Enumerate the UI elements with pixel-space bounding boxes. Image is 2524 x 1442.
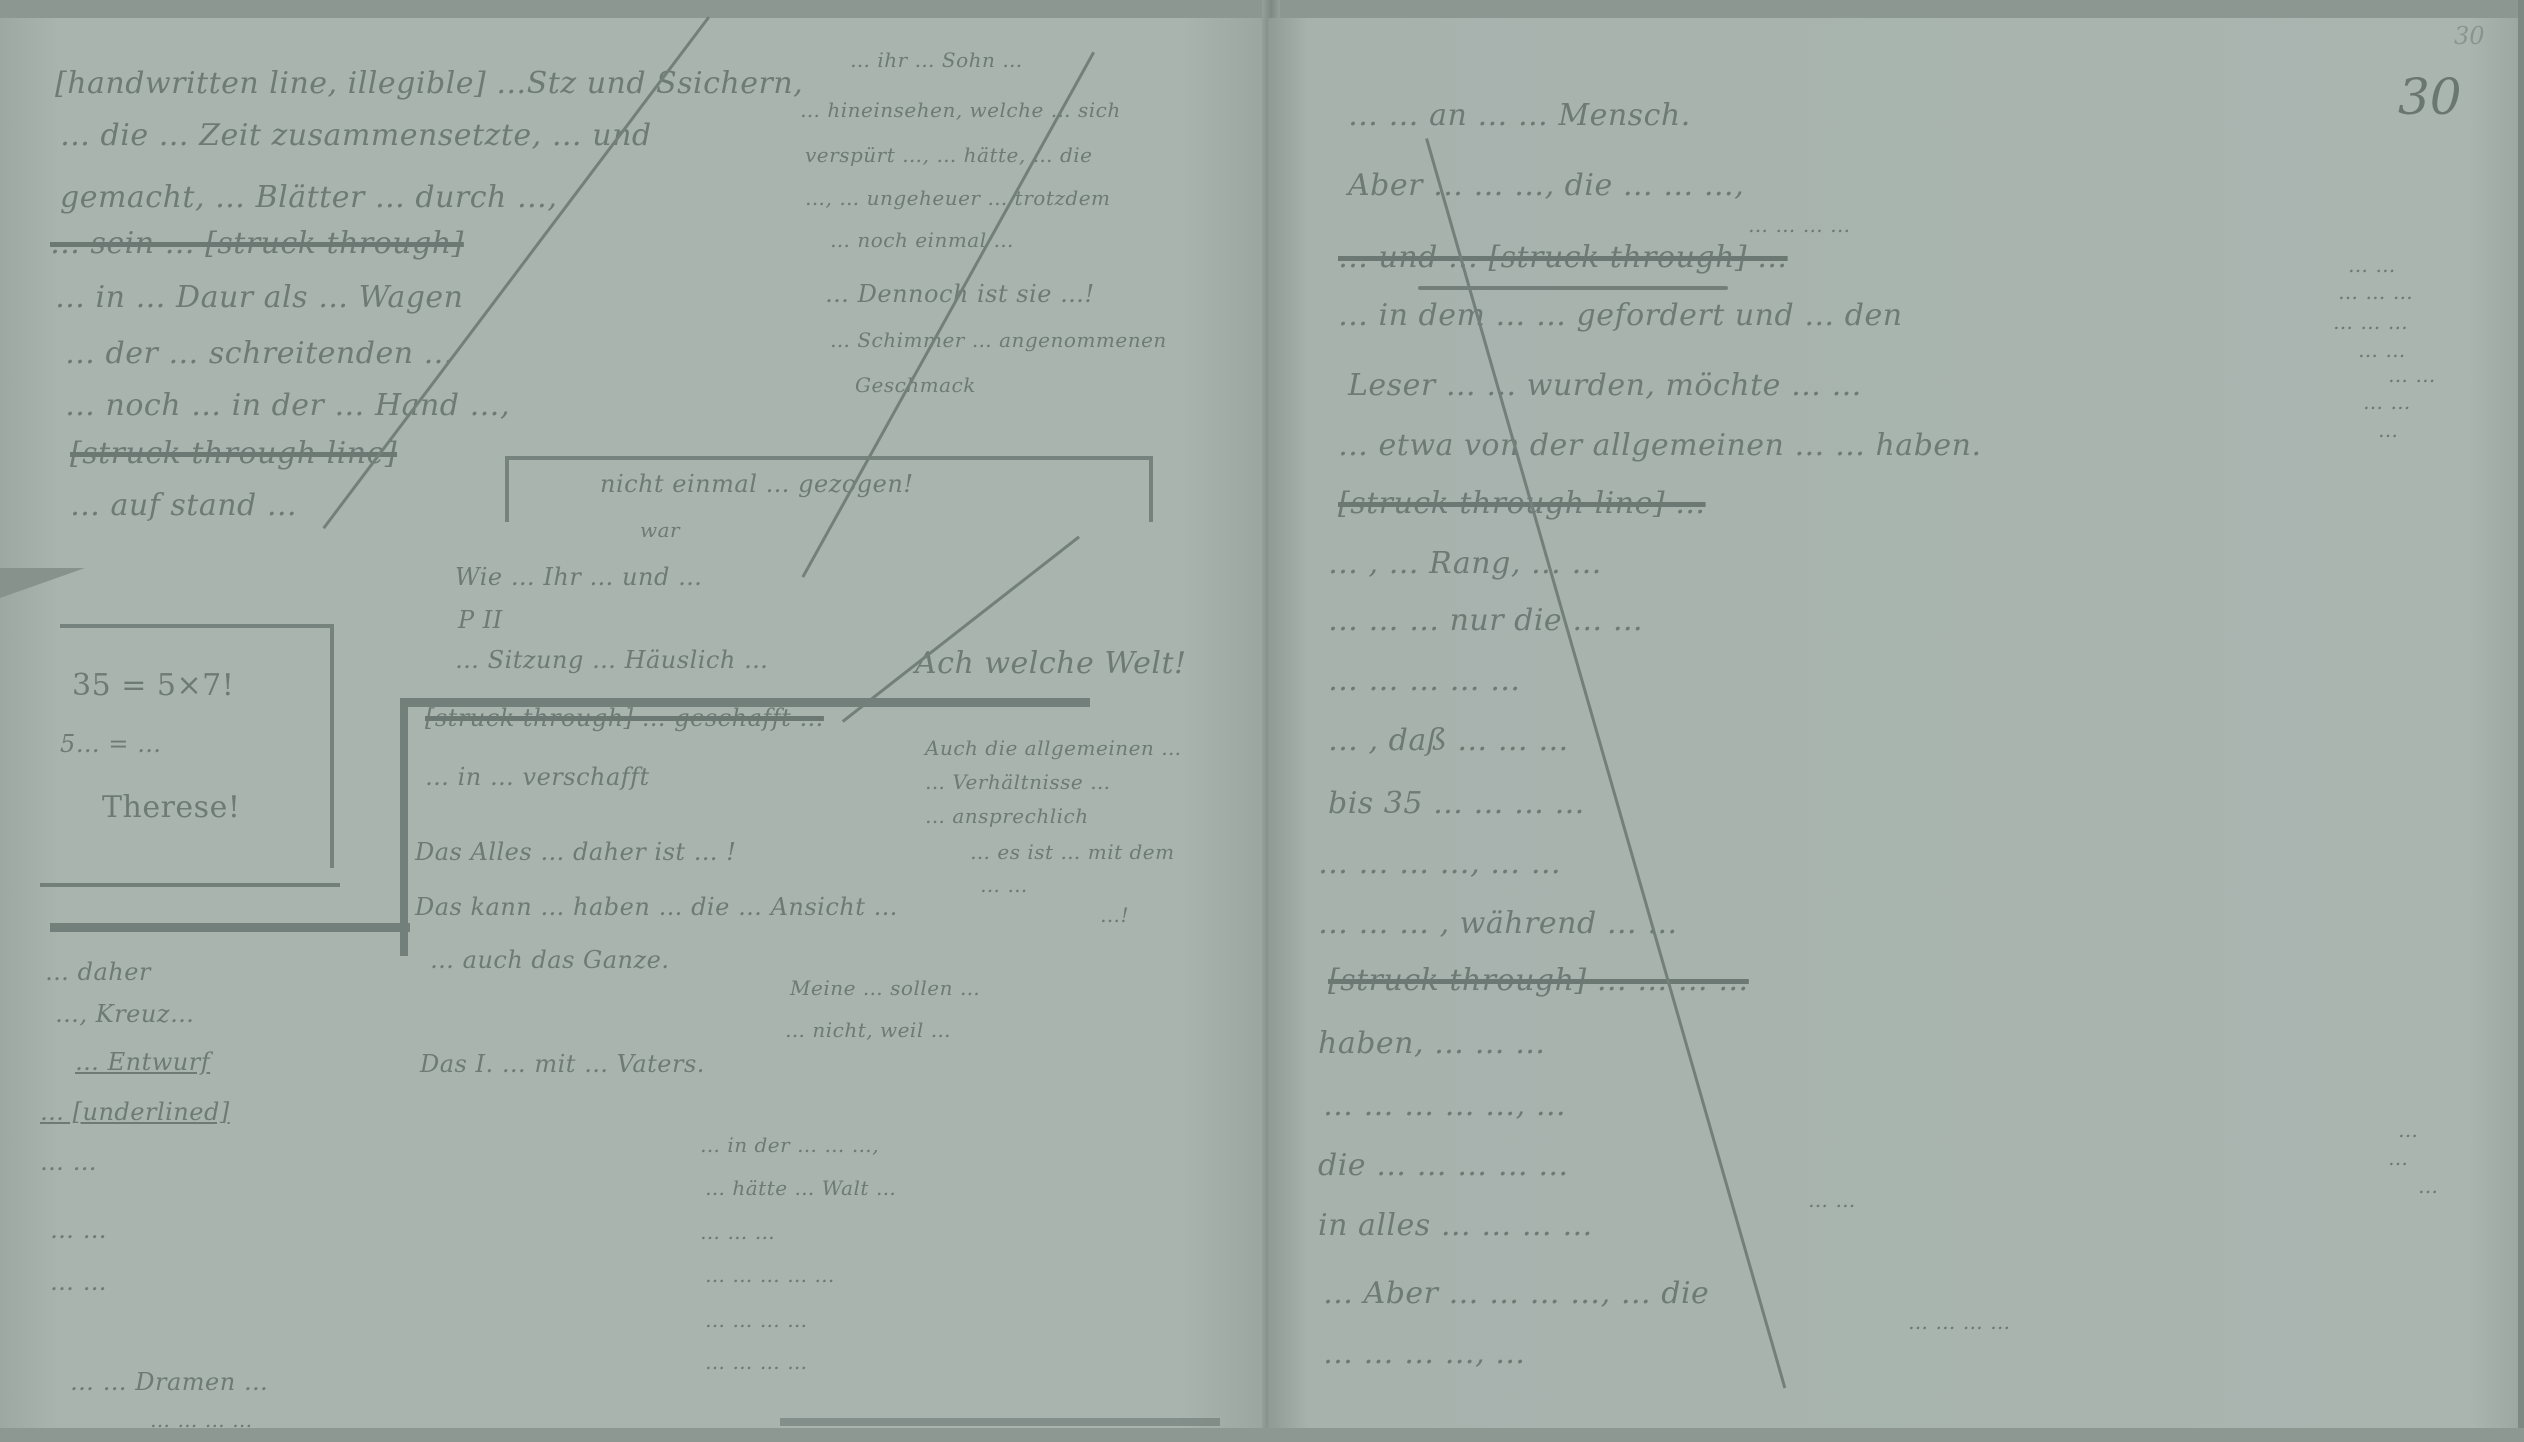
margin-note-1: … … <box>2348 253 2396 277</box>
page-number-faint: 30 <box>2454 22 2485 50</box>
right-line-12: bis 35 … … … … <box>1328 786 1585 821</box>
cross-note: Ach welche Welt! <box>915 646 1187 681</box>
bottom-block-6: … … … … <box>705 1350 808 1374</box>
right-line-4: … in dem … … gefordert und … den <box>1338 298 1903 333</box>
margin-note-7: … <box>2378 418 2399 442</box>
right-line-14: … … … , während … … <box>1318 906 1678 941</box>
middle-line-5: … in … verschafft <box>425 763 650 791</box>
right-line-16: haben, … … … <box>1318 1026 1546 1061</box>
right-line-10: … … … … … <box>1328 663 1521 698</box>
boxed-note-sub: war <box>640 518 680 542</box>
right-line-5: Leser … … wurden, möchte … … <box>1348 368 1862 403</box>
margin-box-line-3: Therese! <box>102 790 240 825</box>
insert-line-7: … Schimmer … angenommenen <box>830 328 1167 352</box>
right-line-9: … … … nur die … … <box>1328 603 1643 638</box>
right-line-7: [struck-through line] … <box>1338 486 1706 521</box>
bracket-stroke <box>1418 286 1728 290</box>
interlinear-note-3: … … … … <box>1908 1310 2011 1334</box>
middle-line-4: [struck through] … geschafft … <box>425 704 824 732</box>
page-number: 30 <box>2398 68 2462 126</box>
insert-line-1: … ihr … Sohn … <box>850 48 1023 72</box>
right-line-8: … , … Rang, … … <box>1328 546 1602 581</box>
margin-line-5: … … <box>40 1148 97 1176</box>
heavy-rule <box>400 698 1090 707</box>
right-line-11: … , daß … … … <box>1328 723 1569 758</box>
bottom-block-2: … hätte … Walt … <box>705 1176 896 1200</box>
left-line-4: … sein … [struck through] <box>50 226 464 261</box>
corner-fold <box>0 568 85 598</box>
margin-note-lower-3: … <box>2418 1174 2439 1198</box>
diagonal-stroke-3 <box>842 536 1080 723</box>
right-line-21: … … … …, … <box>1323 1336 1526 1371</box>
lower-line: Das I. … mit … Vaters. <box>420 1050 705 1078</box>
right-edge-shadow <box>2518 0 2524 1442</box>
margin-line-1: … daher <box>45 958 151 986</box>
margin-box-line-1: 35 = 5×7! <box>72 668 234 703</box>
left-line-8: [struck-through line] <box>70 436 397 471</box>
middle-line-6: Das Alles … daher ist … ! <box>415 838 736 866</box>
boxed-note: nicht einmal … gezogen! <box>600 470 913 498</box>
margin-rule-2 <box>50 923 410 932</box>
margin-line-7: … … <box>50 1268 107 1296</box>
right-line-15: [struck through] … … … … <box>1328 963 1749 998</box>
margin-note-2: … … … <box>2338 280 2413 304</box>
bottom-block-3: … … … <box>700 1220 775 1244</box>
margin-note-6: … … <box>2363 390 2411 414</box>
margin-line-8: … … Dramen … <box>70 1368 268 1396</box>
bottom-block-4: … … … … … <box>705 1263 835 1287</box>
insert-line-2: … hineinsehen, welche … sich <box>800 98 1121 122</box>
right-page: 30 30 … … an … … Mensch. Aber … … …, die… <box>1268 18 2524 1442</box>
bottom-rule <box>780 1418 1220 1426</box>
margin-note-lower-1: … <box>2398 1118 2419 1142</box>
margin-note-4: … … <box>2358 338 2406 362</box>
right-line-18: die … … … … … <box>1318 1148 1569 1183</box>
bottom-shadow-band <box>0 1428 2524 1442</box>
right-line-13: … … … …, … … <box>1318 846 1561 881</box>
brace-note-6: …! <box>1100 903 1129 927</box>
margin-line-3: … Entwurf <box>75 1048 210 1076</box>
margin-note-lower-2: … <box>2388 1146 2409 1170</box>
left-line-2: … die … Zeit zusammensetzte, … und <box>60 118 652 153</box>
left-line-3: gemacht, … Blätter … durch …, <box>60 180 557 215</box>
right-line-1: … … an … … Mensch. <box>1348 98 1691 133</box>
margin-rule-1 <box>40 883 340 887</box>
margin-note-3: … … … <box>2333 310 2408 334</box>
left-line-1: [handwritten line, illegible] …Stz und S… <box>55 66 803 101</box>
vertical-bracket <box>400 698 408 956</box>
margin-line-6: … … <box>50 1216 107 1244</box>
middle-line-8: … auch das Ganze. <box>430 946 669 974</box>
margin-line-4: … [underlined] <box>40 1098 230 1126</box>
brace-note-2: … Verhältnisse … <box>925 770 1111 794</box>
brace-note-4: … es ist … mit dem <box>970 840 1175 864</box>
right-line-20: … Aber … … … …, … die <box>1323 1276 1709 1311</box>
right-line-19: in alles … … … … <box>1318 1208 1593 1243</box>
brace-note-3: … ansprechlich <box>925 804 1089 828</box>
margin-line-2: …, Kreuz… <box>55 1000 194 1028</box>
margin-box-line-2: 5… = … <box>60 730 162 758</box>
interlinear-note-2: … … <box>1808 1188 1856 1212</box>
lower-note-2: … nicht, weil … <box>785 1018 951 1042</box>
bottom-block-1: … in der … … …, <box>700 1133 879 1157</box>
section-mark-p2: P II <box>458 606 503 634</box>
left-page: [handwritten line, illegible] …Stz und S… <box>0 18 1268 1442</box>
brace-note-5: … … <box>980 873 1028 897</box>
insert-line-4: …, … ungeheuer … trotzdem <box>805 186 1111 210</box>
middle-line-3: … Sitzung … Häuslich … <box>455 646 768 674</box>
left-line-9: … auf stand … <box>70 488 297 523</box>
insert-line-3: verspürt …, … hätte, … die <box>805 143 1093 167</box>
right-line-2: Aber … … …, die … … …, <box>1348 168 1744 203</box>
right-line-3: … und … [struck through] … <box>1338 240 1788 275</box>
middle-line-7: Das kann … haben … die … Ansicht … <box>415 893 898 921</box>
left-line-5: … in … Daur als … Wagen <box>55 280 464 315</box>
left-line-7: … noch … in der … Hand …, <box>65 388 510 423</box>
right-line-17: … … … … …, … <box>1323 1088 1566 1123</box>
margin-note-5: … … <box>2388 363 2436 387</box>
brace-note-1: Auch die allgemeinen … <box>925 736 1182 760</box>
left-line-6: … der … schreitenden … <box>65 336 454 371</box>
lower-note-1: Meine … sollen … <box>790 976 980 1000</box>
bottom-block-5: … … … … <box>705 1308 808 1332</box>
middle-line-1: Wie … Ihr … und … <box>455 563 702 591</box>
interlinear-note-1: … … … … <box>1748 213 1851 237</box>
right-line-6: … etwa von der allgemeinen … … haben. <box>1338 428 1982 463</box>
